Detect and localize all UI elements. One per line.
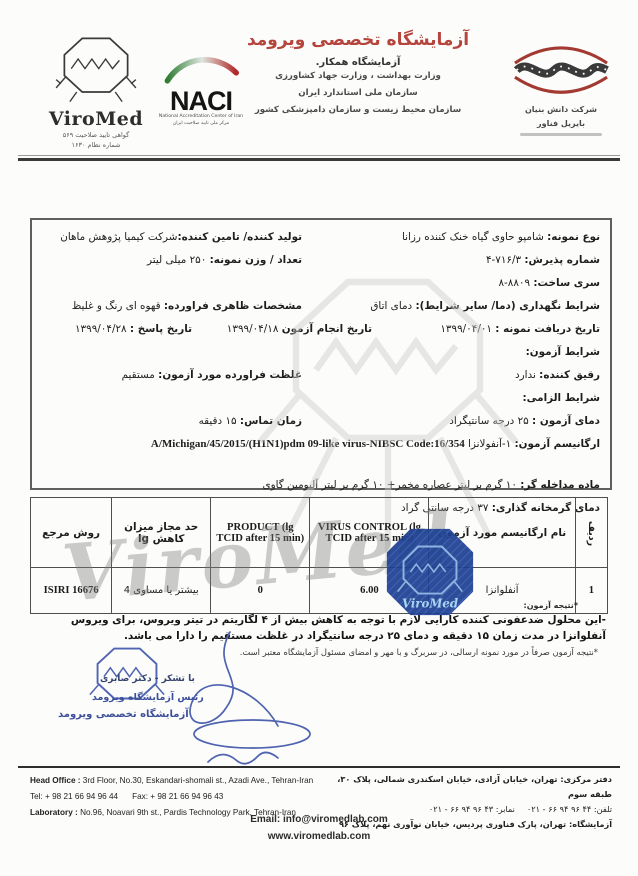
heading-required-conditions: شرایط الزامی:: [42, 387, 600, 410]
field-diluent: رقیق کننده: ندارد: [302, 364, 600, 387]
heading-test-conditions: شرایط آزمون:: [42, 341, 600, 364]
signature-role: رئیس آزمایشگاه ویرومد: [92, 692, 204, 703]
field-test-temp: دمای آزمون : ۲۵ درجه سانتیگراد: [302, 410, 600, 433]
naci-sub-fa: مرکز ملی تایید صلاحیت ایران: [155, 121, 247, 128]
signature-lab-name: آزمایشگاه تخصصی ویرومد: [58, 709, 189, 720]
footer-contact: Email: info@viromedlab.com www.viromedla…: [0, 814, 638, 842]
footer-email: Email: info@viromedlab.com: [0, 814, 638, 825]
field-storage: شرایط نگهداری (دما/ سایر شرایط): دمای ات…: [302, 295, 600, 318]
field-interfering: ماده مداخله گر: ۱۰ گرم بر لیتر عصاره مخم…: [42, 474, 600, 497]
company-logo: شرکت دانش بنیان بایریل فناور: [498, 40, 624, 136]
field-sample-amount: تعداد / وزن نمونه: ۲۵۰ میلی لیتر: [42, 249, 302, 272]
naci-swoosh-icon: [160, 52, 242, 84]
signature-scribble: [150, 628, 350, 778]
col-header-product: PRODUCT (lg TCID after 15 min): [211, 498, 310, 568]
affiliation-line: سازمان محیط زیست و سازمان دامپزشکی کشور: [232, 102, 484, 119]
page-subtitle: آزمایشگاه همکار.: [232, 57, 484, 68]
lab-report-page: ViroMed گواهی تایید صلاحیت ۵۶۹ شماره نظا…: [0, 0, 638, 876]
letterhead-title-block: آزمایشگاه تخصصی ویرومد آزمایشگاه همکار. …: [232, 30, 484, 119]
sample-info-box: نوع نمونه: شامپو حاوی گیاه خنک کننده رزا…: [30, 218, 612, 490]
company-line1: شرکت دانش بنیان: [498, 103, 624, 116]
field-contact-time: زمان تماس: ۱۵ دقیقه: [42, 410, 302, 433]
results-table: ردیف نام ارگانیسم مورد آزمون VIRUS CONTR…: [30, 497, 608, 614]
col-header-limit: حد مجاز میزان کاهش lg: [112, 498, 211, 568]
signature-thanks: با تشکر - دکتر صابری: [100, 674, 195, 684]
field-admission-no: شماره پذیرش: ۴-۷۱۶/۳: [302, 249, 600, 272]
viromed-wordmark: ViroMed: [34, 108, 158, 130]
field-concentration: غلظت فراورده مورد آزمون: مستقیم: [42, 364, 302, 387]
field-sample-type: نوع نمونه: شامپو حاوی گیاه خنک کننده رزا…: [302, 226, 600, 249]
field-test-date: تاریخ انجام آزمون ۱۳۹۹/۰۴/۱۸: [192, 318, 372, 341]
dna-helix-icon: [507, 40, 615, 102]
field-receive-date: تاریخ دریافت نمونه : ۱۳۹۹/۰۴/۰۱: [372, 318, 600, 341]
company-fineprint: [520, 133, 602, 136]
field-appearance: مشخصات ظاهری فراورده: قهوه ای رنگ و غلیظ: [42, 295, 302, 318]
viromed-cert-line1: گواهی تایید صلاحیت ۵۶۹: [34, 130, 158, 140]
company-line2: بایریل فناور: [498, 117, 624, 130]
affiliation-line: سازمان ملی استاندارد ایران: [232, 85, 484, 102]
viromed-octagon-icon: [52, 34, 140, 106]
result-title: *نتیجه آزمون:: [32, 601, 578, 610]
field-reply-date: تاریخ پاسخ : ۱۳۹۹/۰۴/۲۸: [42, 318, 192, 341]
header-divider: [18, 155, 620, 161]
table-header-row: ردیف نام ارگانیسم مورد آزمون VIRUS CONTR…: [31, 498, 608, 568]
footer-head-office-fa: دفتر مرکزی: تهران، خیابان آزادی، خیابان …: [330, 772, 612, 802]
viromed-logo: ViroMed گواهی تایید صلاحیت ۵۶۹ شماره نظا…: [34, 34, 158, 150]
spacer: [42, 456, 600, 474]
col-header-row-number: ردیف: [575, 498, 607, 568]
field-batch-no: سری ساخت: ۸-۸۸۰۹: [42, 272, 600, 295]
field-organism: ارگانیسم آزمون: ۱-آنفولانزا A/Michigan/4…: [42, 433, 600, 456]
footer-telfax-en: Tel: + 98 21 66 94 96 44Fax: + 98 21 66 …: [30, 789, 335, 805]
footer-website: www.viromedlab.com: [0, 831, 638, 842]
col-header-method: روش مرجع: [31, 498, 112, 568]
affiliation-line: وزارت بهداشت ، وزارت جهاد کشاورزی: [232, 68, 484, 85]
page-title: آزمایشگاه تخصصی ویرومد: [232, 30, 484, 50]
viromed-cert-line2: شماره نظام ۱۶۳۰: [34, 140, 158, 150]
field-producer: تولید کننده/ تامین کننده:شرکت کیمیا پژوه…: [42, 226, 302, 249]
